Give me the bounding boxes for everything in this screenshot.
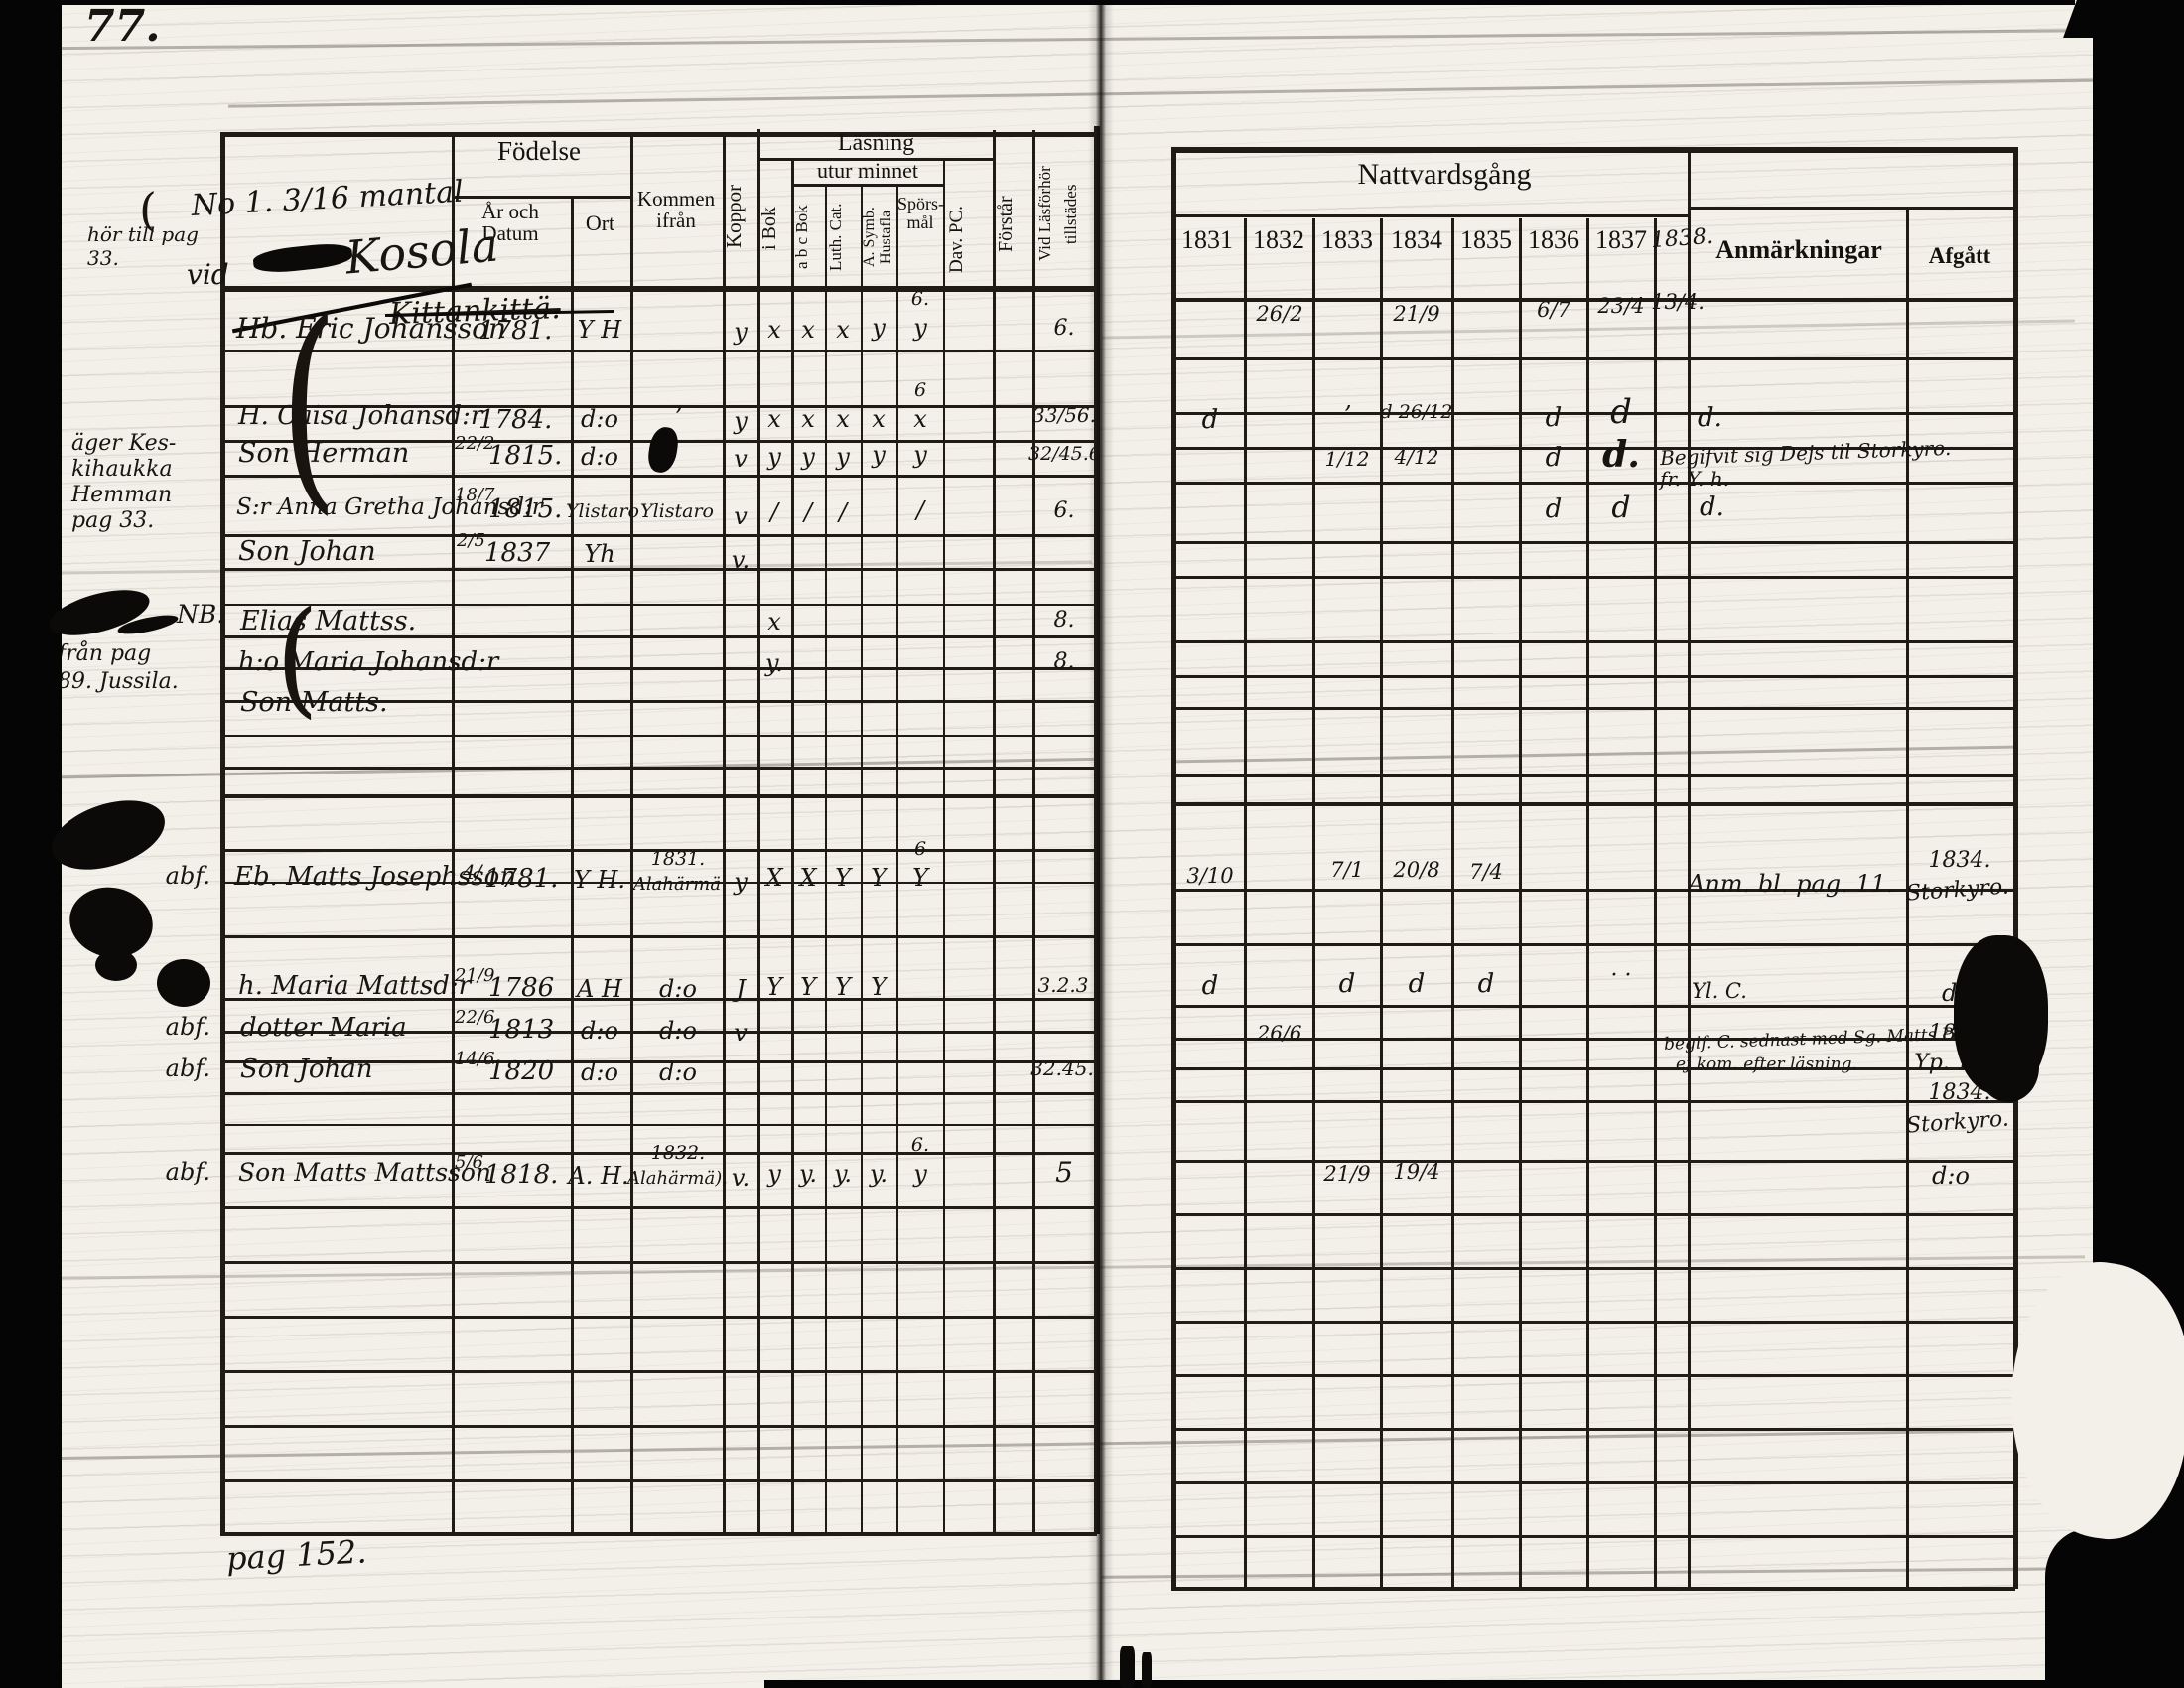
ibok-mark: / bbox=[759, 500, 789, 525]
communion-date: 1/12 bbox=[1314, 449, 1380, 470]
spors-grade: 6. bbox=[898, 290, 942, 310]
kommen-from: d:o bbox=[635, 1019, 721, 1044]
header-ort: Ort bbox=[573, 212, 627, 235]
birth-year: 1781. bbox=[478, 318, 552, 345]
abc-mark: x bbox=[793, 407, 823, 432]
vidlas-mark: 32/45.6 bbox=[1028, 445, 1096, 465]
kommen-from-2: Alahärmä). bbox=[627, 1170, 727, 1189]
birth-date: 2/5 bbox=[457, 532, 485, 551]
kommen-from-2: Alahärmä bbox=[629, 876, 725, 895]
header-kommen-ifran: Kommen ifrån bbox=[631, 189, 721, 232]
row-prefix: abf. bbox=[149, 1015, 210, 1040]
communion-date: 26/6 bbox=[1247, 1023, 1312, 1044]
header-year-1833: 1833 bbox=[1314, 226, 1380, 253]
remark-2: fr. Y. h. bbox=[1660, 469, 1729, 490]
symb-mark: y. bbox=[863, 1162, 894, 1187]
margin-note: Hemman bbox=[71, 485, 172, 507]
communion-mark: ʼ bbox=[1314, 403, 1380, 428]
scanned-register-page: Födelse År och Datum Ort Kommen ifrån Ko… bbox=[0, 0, 2184, 1688]
communion-date: 4/12 bbox=[1382, 447, 1451, 468]
header-abc-bok: a b c Bok bbox=[793, 189, 824, 286]
header-forstar: Förstår bbox=[996, 165, 1030, 284]
ibok-mark: Y bbox=[759, 975, 789, 1000]
birth-date: 4/ bbox=[463, 862, 481, 883]
vidlas-mark: 8. bbox=[1036, 651, 1092, 674]
birth-ort: A. H. bbox=[568, 1164, 629, 1189]
row-prefix: abf. bbox=[149, 864, 210, 889]
birth-year: 1786 bbox=[488, 975, 554, 1002]
birth-ort: d:o bbox=[572, 1019, 627, 1044]
birth-year: 1815. bbox=[488, 443, 562, 470]
luth-mark: Y bbox=[827, 975, 859, 1000]
luth-mark: y bbox=[827, 445, 859, 470]
birth-year: 1837 bbox=[484, 540, 550, 567]
birth-year: 1818. bbox=[484, 1162, 558, 1189]
person-name: Son Herman bbox=[238, 440, 409, 468]
koppor-mark: y bbox=[725, 870, 756, 895]
communion-mark: d bbox=[1521, 445, 1586, 472]
ibok-mark: y bbox=[759, 445, 789, 470]
ibok-mark: x bbox=[759, 318, 789, 343]
margin-note-nb: NB. bbox=[177, 602, 224, 628]
birth-year: 1820 bbox=[488, 1058, 554, 1085]
row-prefix: abf. bbox=[149, 1056, 210, 1081]
spors-mark: / bbox=[898, 498, 942, 523]
header-year-1836: 1836 bbox=[1521, 226, 1586, 253]
birth-year: 1815. bbox=[488, 496, 562, 523]
spors-grade: 6. bbox=[898, 1136, 942, 1156]
header-lasning: Läsning bbox=[759, 131, 993, 156]
kommen-from: 1831. bbox=[633, 850, 723, 870]
spors-grade: 6 bbox=[898, 840, 942, 860]
spors-mark: Y bbox=[898, 866, 942, 891]
vidlas-mark: 8. bbox=[1036, 610, 1092, 633]
luth-mark: Y bbox=[827, 866, 859, 891]
margin-note: äger Kes- bbox=[71, 433, 176, 456]
abc-mark: Y bbox=[793, 975, 823, 1000]
communion-mark: d bbox=[1177, 973, 1243, 1000]
margin-note: 33. bbox=[87, 248, 119, 269]
symb-mark: y bbox=[863, 443, 894, 468]
koppor-mark: v bbox=[725, 1021, 756, 1046]
person-name: Son Matts Mattsson bbox=[238, 1160, 491, 1186]
vidlas-mark: 6. bbox=[1036, 318, 1092, 341]
header-year-1831: 1831 bbox=[1173, 226, 1241, 253]
header-year-1837: 1837 bbox=[1588, 226, 1654, 253]
koppor-mark: v. bbox=[725, 548, 756, 573]
header-luth-cat: Luth. Cat. bbox=[827, 189, 860, 286]
spors-mark: y bbox=[898, 1162, 942, 1187]
spors-grade: 6 bbox=[898, 381, 942, 401]
header-nattvardsgang: Nattvardsgång bbox=[1171, 159, 1717, 190]
person-name: Son Johan bbox=[238, 538, 376, 566]
vid-word: vid bbox=[187, 260, 229, 289]
communion-date: 3/10 bbox=[1177, 866, 1243, 888]
communion-date: 20/8 bbox=[1382, 860, 1451, 882]
koppor-mark: v bbox=[725, 504, 756, 529]
abc-mark: y bbox=[793, 445, 823, 470]
luth-mark: / bbox=[827, 500, 859, 525]
ibok-mark: x bbox=[759, 610, 789, 634]
symb-mark: y bbox=[863, 316, 894, 341]
communion-mark: d bbox=[1521, 496, 1586, 523]
page-number: 77. bbox=[84, 4, 161, 50]
margin-note: pag 33. bbox=[71, 510, 154, 533]
vidlas-mark: 3.2.3 bbox=[1032, 975, 1094, 996]
communion-date: 6/7 bbox=[1521, 300, 1586, 322]
communion-mark: · · bbox=[1588, 965, 1654, 988]
ibok-mark: y. bbox=[759, 651, 789, 676]
header-dav-pc: Dav. PC. bbox=[947, 193, 991, 287]
communion-date: 21/9 bbox=[1314, 1164, 1380, 1186]
birth-ort: d:o bbox=[572, 1060, 627, 1085]
vidlas-mark: 32.45. bbox=[1030, 1058, 1094, 1079]
symb-mark: Y bbox=[863, 975, 894, 1000]
spors-mark: y bbox=[898, 443, 942, 468]
bottom-page-note: pag 152. bbox=[225, 1535, 367, 1576]
communion-date: 21/9 bbox=[1382, 304, 1451, 326]
spors-mark: y bbox=[898, 316, 942, 341]
header-i-bok: i Bok bbox=[759, 177, 790, 281]
remark: d. bbox=[1700, 494, 1724, 521]
koppor-mark: J bbox=[725, 977, 756, 1002]
header-utur-minnet: utur minnet bbox=[793, 160, 942, 183]
birth-ort: Y H bbox=[572, 318, 627, 343]
header-afgatt: Afgått bbox=[1908, 244, 2011, 268]
luth-mark: y. bbox=[827, 1162, 859, 1187]
communion-date: 13/4. bbox=[1648, 292, 1707, 314]
margin-note: 89. Jussila. bbox=[58, 671, 179, 694]
communion-mark: d 26/12 bbox=[1378, 403, 1455, 423]
header-year-1832: 1832 bbox=[1246, 226, 1311, 253]
left-empty-row-lines bbox=[220, 1152, 1097, 1534]
departed: d:o bbox=[1906, 1164, 1995, 1189]
person-name: h. Maria Mattsd:r bbox=[238, 973, 471, 1000]
remark: Anm. bl. pag. 11. bbox=[1688, 872, 1894, 897]
header-year-1834: 1834 bbox=[1382, 226, 1451, 253]
birth-ort: Y H. bbox=[572, 868, 627, 893]
ibok-mark: X bbox=[759, 866, 789, 891]
koppor-mark: y bbox=[725, 320, 756, 345]
communion-date: 19/4 bbox=[1382, 1162, 1451, 1184]
birth-date: 5/6 bbox=[455, 1154, 483, 1173]
margin-note: kihaukka bbox=[71, 459, 173, 482]
margin-note: från pag bbox=[58, 643, 151, 666]
kommen-from: 1832. bbox=[633, 1144, 723, 1164]
communion-date: 26/2 bbox=[1247, 304, 1312, 326]
communion-mark: d bbox=[1588, 395, 1654, 430]
person-name: Son Matts. bbox=[240, 689, 388, 717]
person-name: h:o Maria Johansd:r bbox=[238, 649, 498, 676]
birth-ort: d:o bbox=[572, 445, 627, 470]
communion-mark: d bbox=[1314, 971, 1380, 998]
koppor-mark: y bbox=[725, 409, 756, 434]
abc-mark: / bbox=[793, 500, 823, 525]
kommen-from: d:o bbox=[635, 977, 721, 1002]
abc-mark: x bbox=[793, 318, 823, 343]
koppor-mark: v. bbox=[725, 1166, 756, 1191]
right-empty-row-lines bbox=[1171, 1160, 2015, 1589]
remark-2: ej kom. efter läsning. bbox=[1676, 1056, 1857, 1074]
abc-mark: X bbox=[793, 866, 823, 891]
birth-ort: Yh bbox=[572, 542, 627, 567]
remark: d. bbox=[1698, 405, 1722, 432]
koppor-mark: v bbox=[725, 447, 756, 472]
header-anmarkningar: Anmärkningar bbox=[1700, 236, 1898, 263]
symb-mark: x bbox=[863, 407, 894, 432]
communion-date: 7/1 bbox=[1314, 860, 1380, 882]
header-hustafla: Hustafla bbox=[879, 189, 896, 286]
header-koppor: Koppor bbox=[724, 149, 756, 283]
vidlas-mark: 6. bbox=[1036, 500, 1092, 523]
abc-mark: y. bbox=[793, 1162, 823, 1187]
ibok-mark: x bbox=[759, 407, 789, 432]
kommen-mark: ʼ bbox=[635, 405, 721, 430]
birth-ort: A H bbox=[572, 977, 627, 1002]
birth-year: 1813 bbox=[488, 1017, 554, 1044]
kommen-from: d:o bbox=[635, 1060, 721, 1085]
birth-year: 1781. bbox=[484, 866, 558, 893]
page-fold bbox=[1088, 0, 1114, 1688]
header-sporsmal: Spörs-mål bbox=[897, 195, 943, 231]
communion-mark: d bbox=[1453, 971, 1519, 998]
person-name: Elias Mattss. bbox=[240, 608, 416, 635]
communion-mark: d bbox=[1177, 407, 1243, 434]
person-name: Hb. Eric Johansson bbox=[236, 314, 506, 343]
person-name: Son Johan bbox=[240, 1056, 373, 1083]
birth-ort: d:o bbox=[572, 407, 627, 432]
kommen-from: Ylistaro bbox=[631, 502, 723, 522]
margin-note: hör till pag bbox=[87, 224, 199, 245]
remark: Yl. C. bbox=[1692, 981, 1747, 1003]
birth-ort: Ylistaro bbox=[566, 502, 631, 522]
symb-mark: Y bbox=[863, 866, 894, 891]
header-vid-lasforhor: Vid Läsförhör bbox=[1036, 139, 1063, 288]
communion-date: 23/4 bbox=[1588, 296, 1654, 318]
person-name: dotter Maria bbox=[240, 1015, 407, 1042]
communion-mark: d bbox=[1521, 405, 1586, 432]
communion-mark: d. bbox=[1588, 437, 1654, 474]
communion-mark: d bbox=[1588, 492, 1654, 523]
departed: 1834. bbox=[1910, 850, 2009, 873]
header-fodelse: Födelse bbox=[455, 137, 623, 165]
communion-mark: d bbox=[1382, 971, 1451, 998]
spors-mark: x bbox=[898, 407, 942, 432]
luth-mark: x bbox=[827, 318, 859, 343]
luth-mark: x bbox=[827, 407, 859, 432]
row-prefix: abf. bbox=[149, 1160, 210, 1185]
header-year-1835: 1835 bbox=[1453, 226, 1519, 253]
communion-date: 7/4 bbox=[1453, 862, 1519, 884]
header-tillstades: tillstädes bbox=[1062, 144, 1089, 285]
ibok-mark: y bbox=[759, 1162, 789, 1187]
person-name: H. Caisa Johansd:r bbox=[238, 403, 482, 430]
birth-year: 1784. bbox=[478, 407, 552, 434]
vidlas-mark: 33/56. bbox=[1032, 405, 1094, 426]
vidlas-mark: 5 bbox=[1036, 1158, 1092, 1187]
